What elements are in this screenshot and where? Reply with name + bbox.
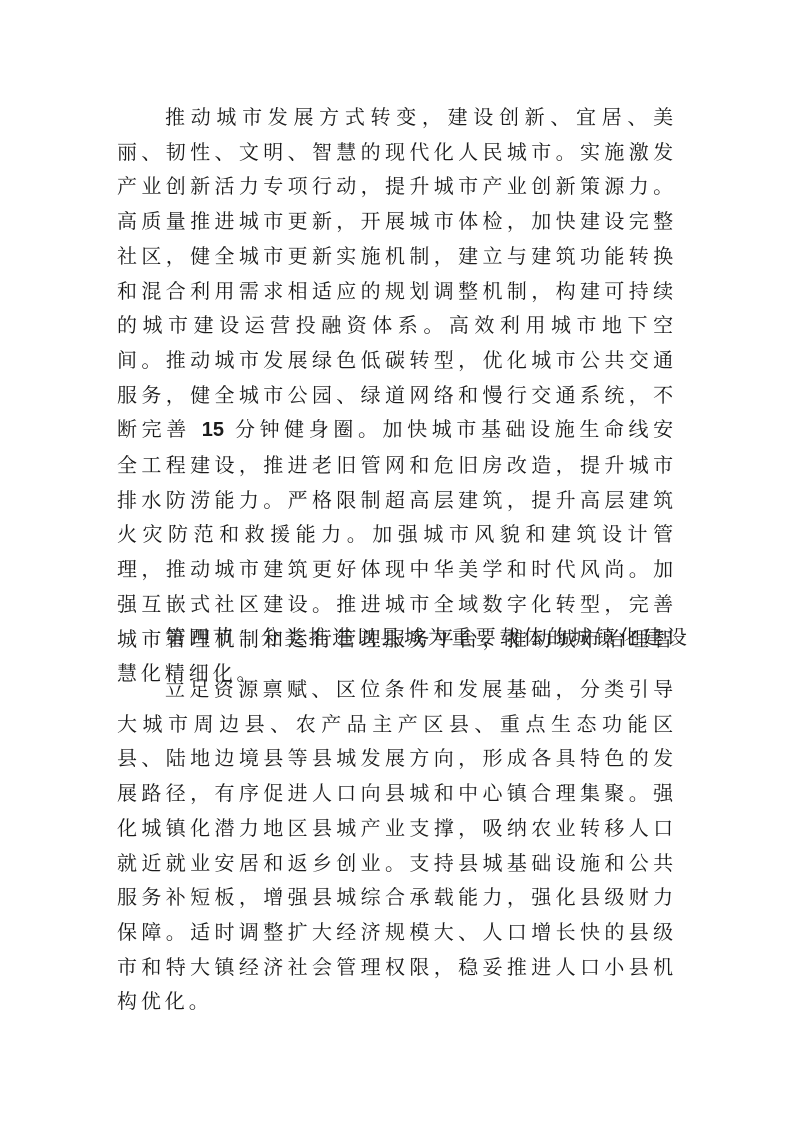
body-paragraph: 推动城市发展方式转变，建设创新、宜居、美丽、韧性、文明、智慧的现代化人民城市。实… [117, 100, 677, 691]
paragraph-text-segment: 推动城市发展方式转变，建设创新、宜居、美丽、韧性、文明、智慧的现代化人民城市。实… [117, 105, 677, 441]
section-heading: 第四节 分类推进以县城为重要载体的城镇化建设 [165, 620, 691, 654]
section-separator [237, 625, 261, 649]
paragraph-text-segment: 立足资源禀赋、区位条件和发展基础，分类引导大城市周边县、农产品主产区县、重点生态… [117, 677, 677, 1013]
section-number: 第四节 [165, 625, 237, 649]
section-title: 分类推进以县城为重要载体的城镇化建设 [261, 625, 691, 649]
body-paragraph: 立足资源禀赋、区位条件和发展基础，分类引导大城市周边县、农产品主产区县、重点生态… [117, 672, 677, 1019]
number-15: 15 [202, 419, 224, 441]
document-page: 推动城市发展方式转变，建设创新、宜居、美丽、韧性、文明、智慧的现代化人民城市。实… [0, 0, 793, 1122]
paragraph-text: 推动城市发展方式转变，建设创新、宜居、美丽、韧性、文明、智慧的现代化人民城市。实… [117, 100, 677, 691]
paragraph-text: 立足资源禀赋、区位条件和发展基础，分类引导大城市周边县、农产品主产区县、重点生态… [117, 672, 677, 1019]
